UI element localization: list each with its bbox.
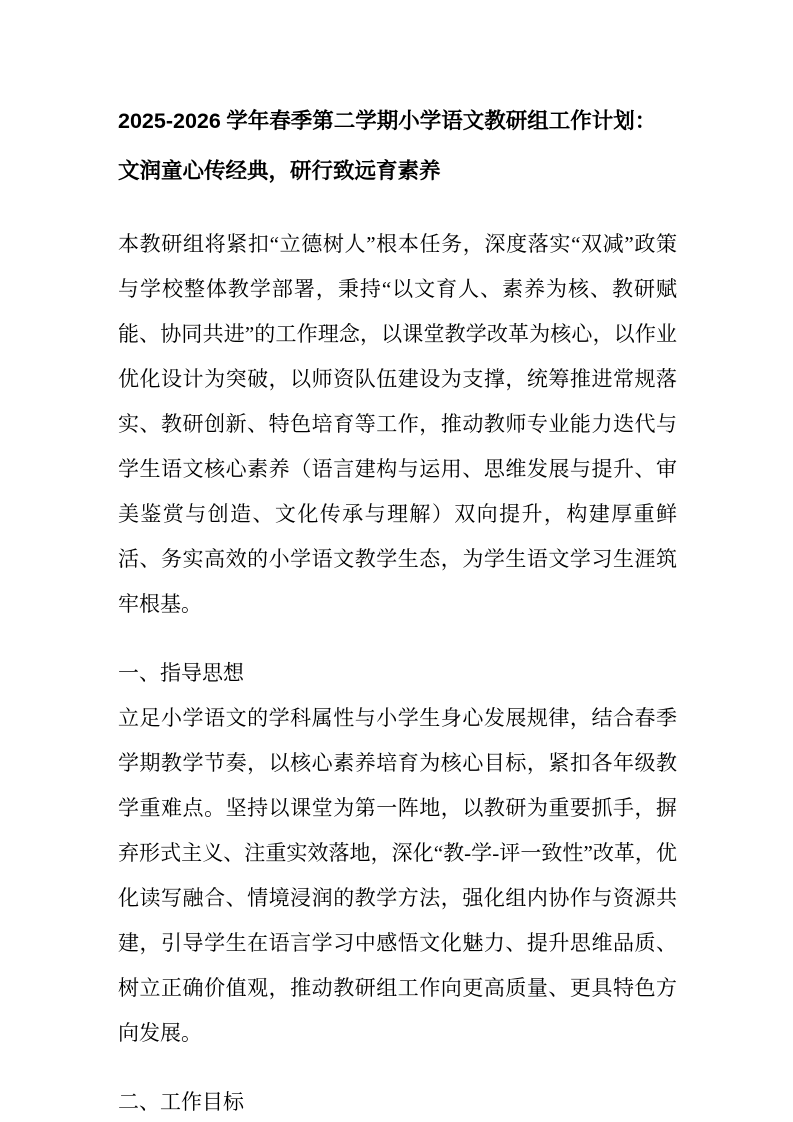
intro-paragraph: 本教研组将紧扣“立德树人”根本任务，深度落实“双减”政策与学校整体教学部署，秉持… bbox=[118, 222, 677, 627]
title-year-range: 2025-2026 bbox=[118, 109, 221, 133]
document-page: 2025-2026 学年春季第二学期小学语文教研组工作计划：文润童心传经典，研行… bbox=[0, 0, 793, 1122]
section-1-heading: 一、指导思想 bbox=[118, 651, 677, 696]
section-1-body: 立足小学语文的学科属性与小学生身心发展规律，结合春季学期教学节奏，以核心素养培育… bbox=[118, 696, 677, 1056]
section-2-heading: 二、工作目标 bbox=[118, 1080, 677, 1122]
document-title: 2025-2026 学年春季第二学期小学语文教研组工作计划：文润童心传经典，研行… bbox=[118, 96, 677, 196]
document-content: 2025-2026 学年春季第二学期小学语文教研组工作计划：文润童心传经典，研行… bbox=[118, 96, 677, 1122]
